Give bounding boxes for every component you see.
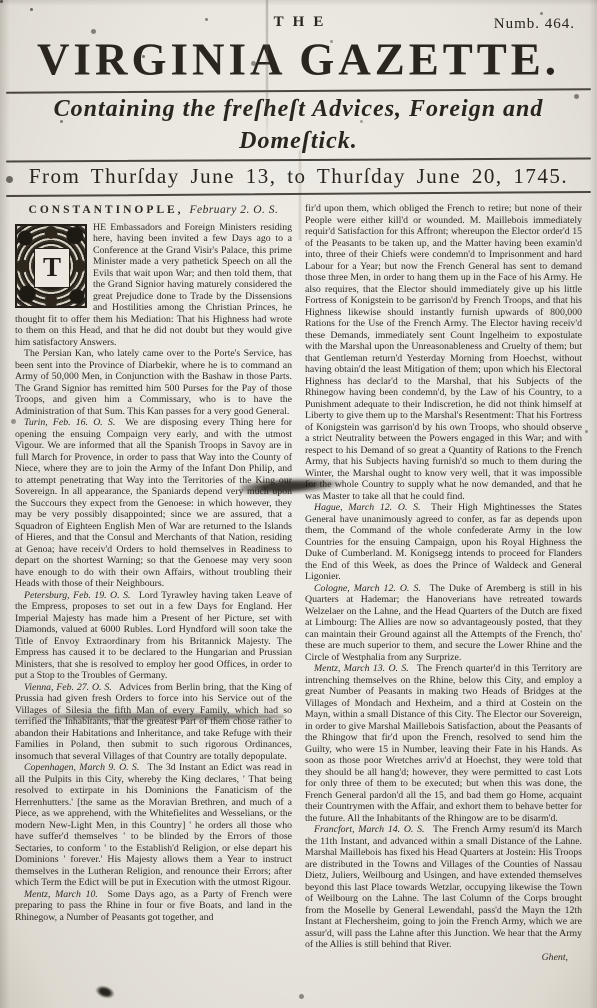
left-column: CONSTANTINOPLE, February 2. O. S. T HE E…: [15, 203, 292, 963]
article-paragraph: Turin, Feb. 16. O. S. We are disposing e…: [15, 417, 292, 590]
article-dateline: Petersburg, Feb. 19. O. S.: [24, 590, 135, 601]
article-dateline: Copenhagen, March 9. O. S.: [24, 762, 144, 773]
article-text: fir'd upon them, which obliged the Frenc…: [305, 203, 582, 502]
article-dateline: Mentz, March 13. O. S.: [314, 663, 414, 674]
article-text: We are disposing every Thing here for op…: [15, 417, 292, 589]
article-text: Advices from Berlin bring, that the King…: [15, 682, 292, 762]
article-paragraph: Hague, March 12. O. S. Their High Mighti…: [305, 502, 582, 583]
article-paragraph: Mentz, March 10. Some Days ago, as a Par…: [15, 889, 292, 924]
article-dateline: Hague, March 12. O. S.: [314, 502, 425, 513]
article-paragraph: Vienna, Feb. 27. O. S. Advices from Berl…: [15, 682, 292, 763]
masthead: THE Numb. 464. VIRGINIA GAZETTE. Contain…: [0, 0, 597, 195]
right-column: fir'd upon them, which obliged the Frenc…: [305, 203, 582, 963]
article-columns: CONSTANTINOPLE, February 2. O. S. T HE E…: [0, 195, 597, 963]
article-text: The French Army resum'd its March the 11…: [305, 824, 582, 950]
issue-number: Numb. 464.: [494, 16, 575, 33]
newspaper-page: THE Numb. 464. VIRGINIA GAZETTE. Contain…: [0, 0, 597, 1008]
article-paragraph: Copenhagen, March 9. O. S. The 3d Instan…: [15, 762, 292, 889]
article-text: The 3d Instant an Edict was read in all …: [15, 762, 292, 888]
article-paragraph: Francfort, March 14. O. S. The French Ar…: [305, 824, 582, 951]
article-text: The Persian Kan, who lately came over to…: [15, 348, 292, 417]
article-paragraph: Cologne, March 12. O. S. The Duke of Are…: [305, 583, 582, 664]
article-text: Their High Mightinesses the States Gener…: [305, 502, 582, 582]
catchword: Ghent,: [305, 952, 582, 964]
dropcap-letter: T: [34, 248, 70, 288]
article-dateline: Cologne, March 12. O. S.: [314, 583, 426, 594]
article-dateline: Francfort, March 14. O. S.: [314, 824, 429, 835]
lead-paragraph: T HE Embassadors and Foreign Ministers r…: [15, 222, 292, 349]
article-paragraph: The Persian Kan, who lately came over to…: [15, 348, 292, 417]
section-place: CONSTANTINOPLE,: [29, 204, 184, 216]
article-text: The French quarter'd in this Territory a…: [305, 663, 582, 824]
section-heading-constantinople: CONSTANTINOPLE, February 2. O. S.: [15, 205, 292, 217]
masthead-dateline: From Thurſday June 13, to Thurſday June …: [0, 161, 597, 193]
section-date: February 2. O. S.: [189, 204, 278, 216]
article-dateline: Vienna, Feb. 27. O. S.: [24, 682, 117, 693]
article-paragraph: Mentz, March 13. O. S. The French quarte…: [305, 663, 582, 824]
article-dateline: Turin, Feb. 16. O. S.: [24, 417, 120, 428]
article-paragraph: Petersburg, Feb. 19. O. S. Lord Tyrawley…: [15, 590, 292, 682]
article-paragraph-continued: fir'd upon them, which obliged the Frenc…: [305, 203, 582, 502]
ink-mark-bottom: [94, 983, 117, 1001]
article-text: Lord Tyrawley having taken Leave of the …: [15, 590, 292, 682]
article-dateline: Mentz, March 10.: [24, 889, 103, 900]
article-text: The Duke of Aremberg is still in his Qua…: [305, 583, 582, 663]
newspaper-title: VIRGINIA GAZETTE.: [0, 34, 597, 85]
masthead-subtitle: Containing the freſheſt Advices, Foreign…: [0, 92, 597, 159]
dropcap-woodcut-block: T: [15, 224, 87, 308]
